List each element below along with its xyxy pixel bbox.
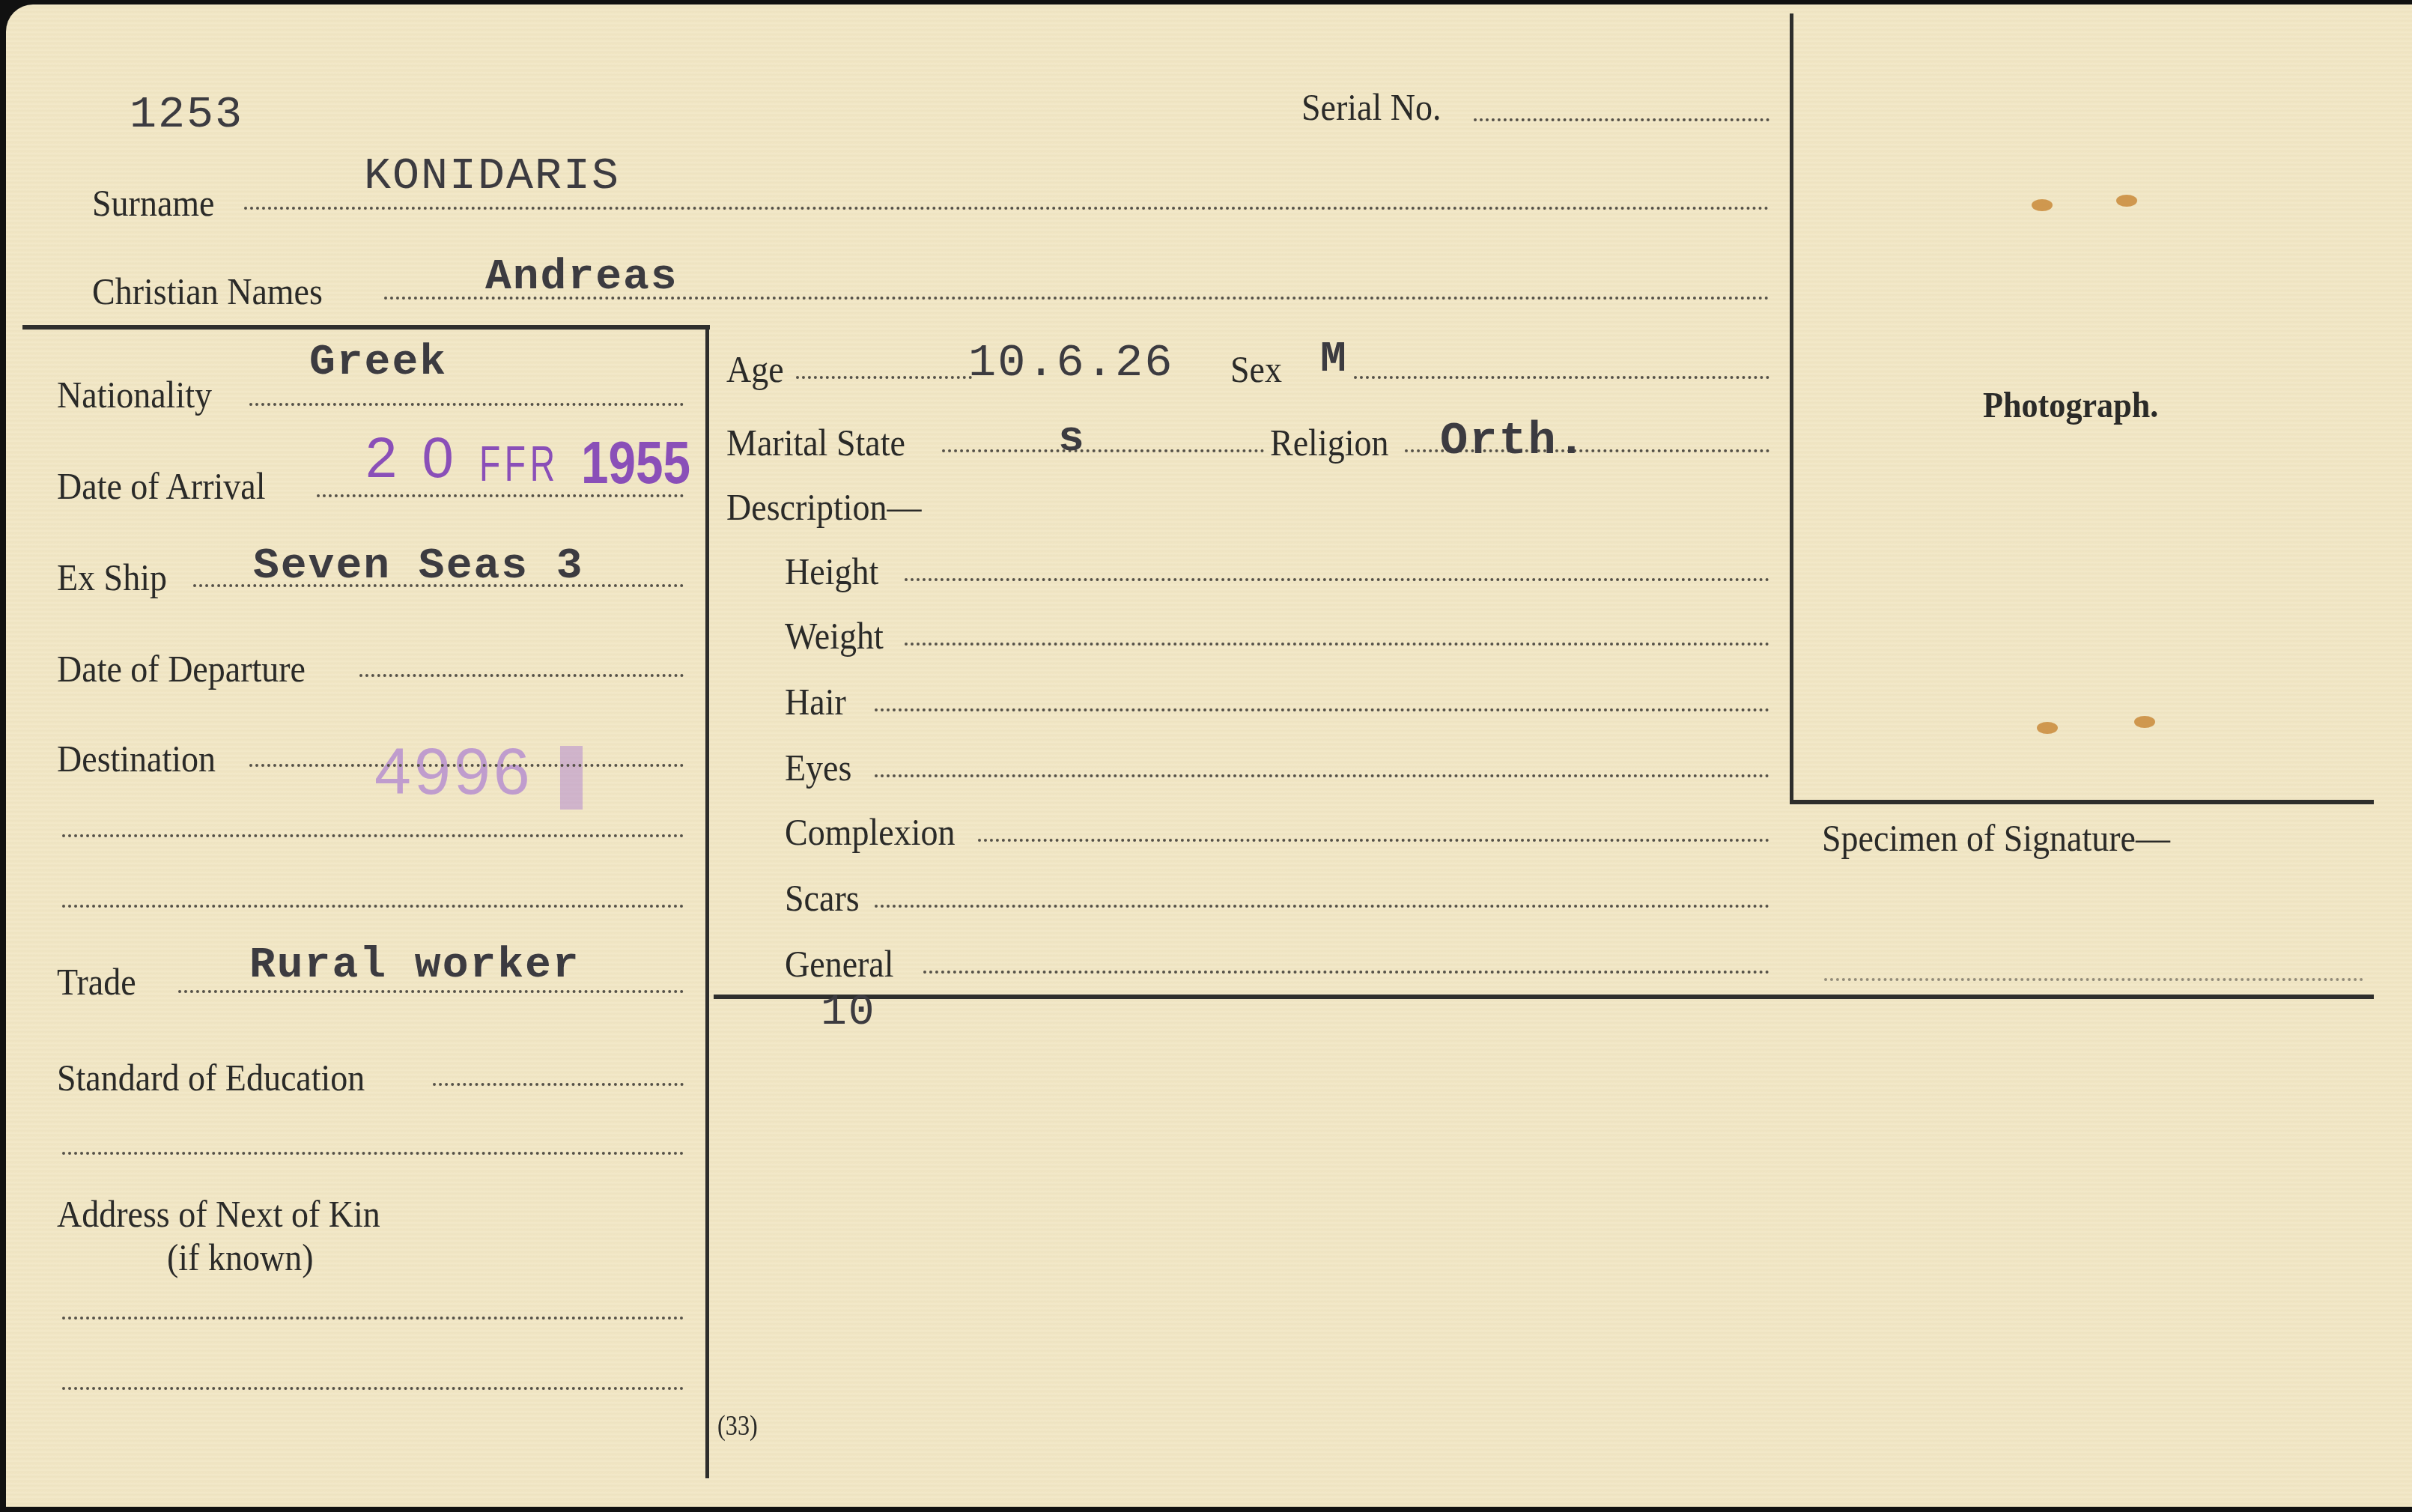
date-of-arrival-label: Date of Arrival: [57, 467, 265, 505]
photograph-label: Photograph.: [1983, 388, 2158, 424]
destination-field-line-2[interactable]: [62, 834, 684, 837]
marital-state-field[interactable]: [942, 449, 1264, 452]
sex-label: Sex: [1230, 350, 1282, 388]
immigration-record-card: 1253 Serial No. KONIDARIS Surname Andrea…: [6, 4, 2412, 1507]
height-field[interactable]: [905, 578, 1769, 581]
arrival-stamp-day: 2 0: [365, 430, 458, 487]
nationality-label: Nationality: [57, 376, 212, 413]
hair-label: Hair: [785, 683, 846, 720]
photo-box-divider: [1790, 13, 1793, 804]
description-bottom-rule: [714, 995, 2374, 999]
arrival-stamp-year: 1955: [581, 433, 690, 493]
complexion-field[interactable]: [978, 839, 1769, 842]
scars-field[interactable]: [875, 905, 1769, 908]
date-of-departure-label: Date of Departure: [57, 650, 306, 687]
staple-mark: [2116, 195, 2137, 207]
ex-ship-value: Seven Seas 3: [253, 545, 584, 589]
record-number: 1253: [130, 93, 243, 138]
marital-state-value: s: [1058, 418, 1086, 461]
nationality-field[interactable]: [249, 403, 684, 406]
section-divider-left: [22, 325, 710, 330]
sex-value: M: [1320, 338, 1348, 382]
staple-mark: [2032, 199, 2053, 211]
destination-stamp: 4996: [374, 738, 533, 804]
ex-ship-label: Ex Ship: [57, 559, 167, 596]
signature-field[interactable]: [1824, 978, 2363, 981]
eyes-field[interactable]: [875, 774, 1769, 777]
stamp-smudge: [560, 746, 583, 810]
christian-names-value: Andreas: [485, 256, 678, 300]
christian-names-label: Christian Names: [92, 273, 323, 310]
ex-ship-field[interactable]: [193, 584, 684, 587]
weight-field[interactable]: [905, 643, 1769, 646]
signature-label: Specimen of Signature—: [1822, 819, 2170, 857]
nationality-value: Greek: [309, 341, 447, 385]
destination-field[interactable]: [249, 764, 684, 767]
general-annotation: 10: [821, 992, 876, 1035]
weight-label: Weight: [785, 617, 884, 655]
christian-names-field[interactable]: [384, 297, 1769, 300]
destination-field-line-3[interactable]: [62, 905, 684, 908]
education-field-line-2[interactable]: [62, 1152, 684, 1155]
destination-label: Destination: [57, 740, 216, 777]
next-of-kin-field-line-1[interactable]: [62, 1317, 684, 1320]
column-divider-left: [705, 325, 709, 1478]
serial-no-field[interactable]: [1474, 118, 1769, 121]
trade-value: Rural worker: [249, 944, 580, 988]
photo-box-bottom: [1790, 800, 2374, 804]
arrival-stamp-month: FFR: [479, 439, 559, 488]
general-field[interactable]: [923, 971, 1769, 974]
trade-label: Trade: [57, 963, 136, 1001]
general-label: General: [785, 945, 894, 983]
age-field-lead: [796, 376, 972, 379]
age-value: 10.6.26: [968, 340, 1173, 386]
staple-mark: [2037, 722, 2058, 734]
date-of-arrival-field[interactable]: [317, 494, 684, 497]
serial-no-label: Serial No.: [1301, 88, 1442, 126]
education-label: Standard of Education: [57, 1059, 365, 1096]
surname-field[interactable]: [244, 207, 1769, 210]
surname-label: Surname: [92, 184, 215, 222]
age-label: Age: [726, 350, 784, 388]
next-of-kin-field-line-2[interactable]: [62, 1387, 684, 1390]
description-label: Description—: [726, 488, 922, 526]
religion-value: Orth.: [1440, 418, 1587, 464]
surname-value: KONIDARIS: [364, 154, 620, 199]
complexion-label: Complexion: [785, 813, 955, 851]
sex-field[interactable]: [1354, 376, 1769, 379]
marital-state-label: Marital State: [726, 424, 905, 461]
scars-label: Scars: [785, 879, 860, 917]
education-field[interactable]: [433, 1083, 684, 1086]
form-code: (33): [717, 1409, 758, 1442]
staple-mark: [2134, 716, 2155, 728]
next-of-kin-sublabel: (if known): [167, 1239, 313, 1276]
eyes-label: Eyes: [785, 749, 851, 786]
height-label: Height: [785, 553, 878, 590]
religion-label: Religion: [1270, 424, 1388, 461]
date-of-departure-field[interactable]: [359, 674, 684, 677]
hair-field[interactable]: [875, 708, 1769, 711]
next-of-kin-label: Address of Next of Kin: [57, 1195, 380, 1233]
trade-field[interactable]: [178, 990, 684, 993]
